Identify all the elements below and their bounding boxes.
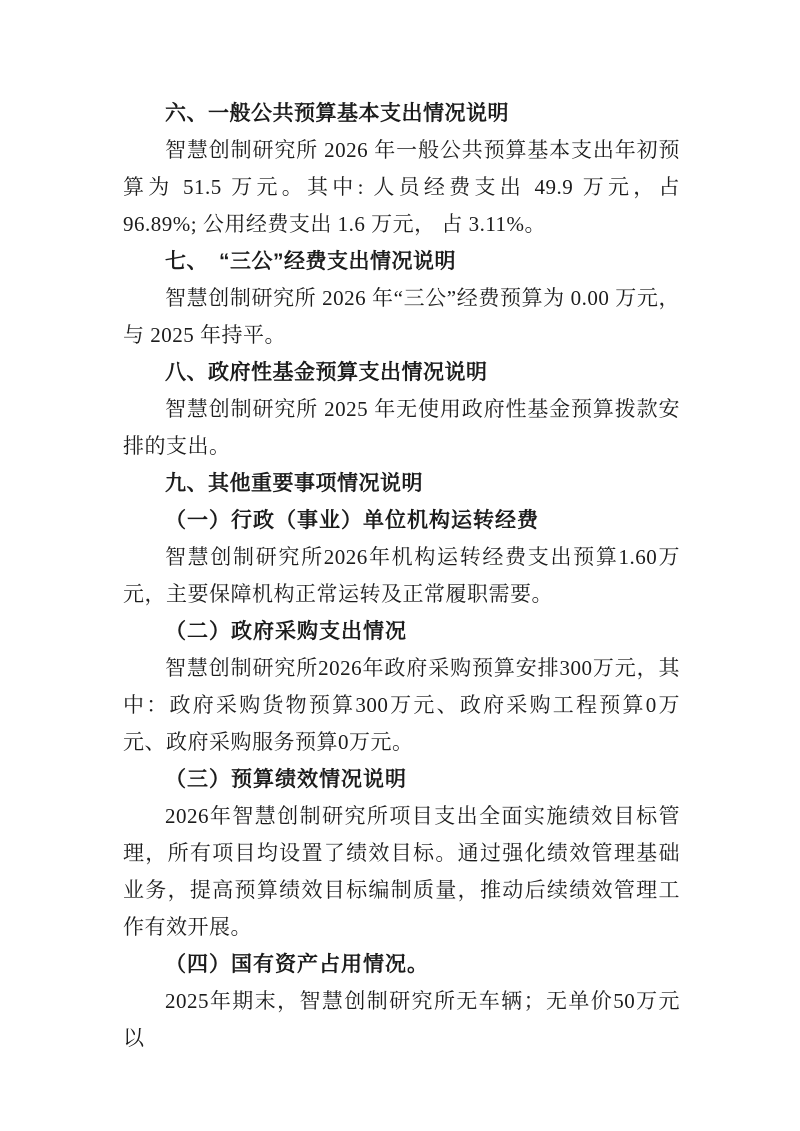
paragraph-four-state-assets: 2025年期末，智慧创制研究所无车辆；无单价50万元以 [123,983,680,1057]
subsection-heading-four-state-assets: （四）国有资产占用情况。 [123,946,680,983]
subsection-heading-two-government-procurement: （二）政府采购支出情况 [123,613,680,650]
paragraph-three-budget-performance: 2026年智慧创制研究所项目支出全面实施绩效目标管理，所有项目均设置了绩效目标。… [123,798,680,946]
paragraph-one-operating-funds: 智慧创制研究所2026年机构运转经费支出预算1.60万元，主要保障机构正常运转及… [123,539,680,613]
paragraph-seven-three-public-funds: 智慧创制研究所 2026 年“三公”经费预算为 0.00 万元，与 2025 年… [123,280,680,354]
section-heading-seven-three-public-funds: 七、 “三公”经费支出情况说明 [123,243,680,280]
paragraph-two-government-procurement: 智慧创制研究所2026年政府采购预算安排300万元，其中：政府采购货物预算300… [123,650,680,761]
subsection-heading-three-budget-performance: （三）预算绩效情况说明 [123,761,680,798]
paragraph-six-basic-expenditure: 智慧创制研究所 2026 年一般公共预算基本支出年初预算为 51.5 万元。其中… [123,132,680,243]
section-heading-nine-other-important-matters: 九、其他重要事项情况说明 [123,465,680,502]
subsection-heading-one-operating-funds: （一）行政（事业）单位机构运转经费 [123,502,680,539]
section-heading-eight-government-fund-budget: 八、政府性基金预算支出情况说明 [123,354,680,391]
paragraph-eight-government-fund-budget: 智慧创制研究所 2025 年无使用政府性基金预算拨款安排的支出。 [123,391,680,465]
document-page: 六、一般公共预算基本支出情况说明 智慧创制研究所 2026 年一般公共预算基本支… [0,0,800,1131]
section-heading-six-basic-expenditure: 六、一般公共预算基本支出情况说明 [123,95,680,132]
